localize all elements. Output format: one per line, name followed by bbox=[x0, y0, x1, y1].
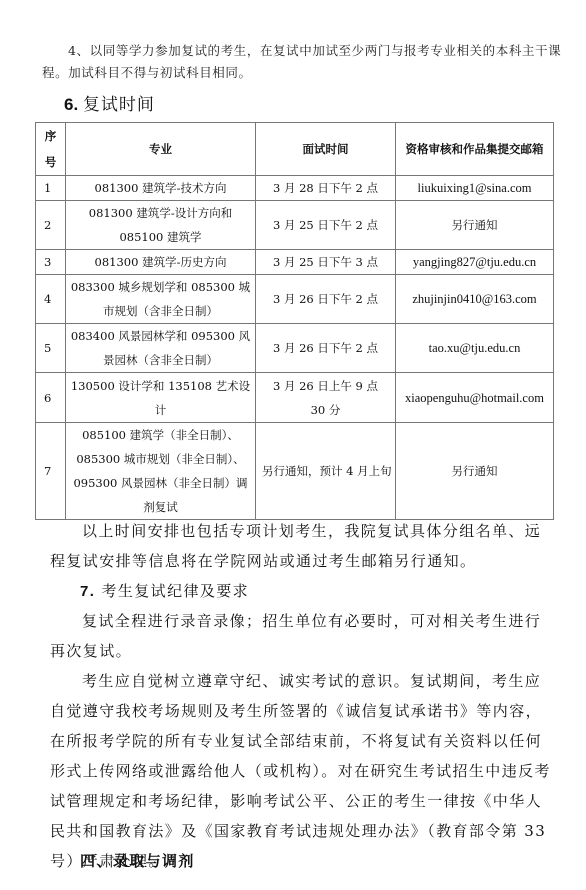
row-major: 081300 建筑学-技术方向 bbox=[66, 176, 256, 201]
row-major: 081300 建筑学-历史方向 bbox=[66, 250, 256, 275]
row-time: 3 月 25 日下午 2 点 bbox=[256, 201, 396, 250]
schedule-note: 以上时间安排也包括专项计划考生，我院复试具体分组名单、远程复试安排等信息将在学院… bbox=[50, 516, 555, 576]
section-7-title: 考生复试纪律及要求 bbox=[101, 582, 249, 600]
row-major: 085100 建筑学（非全日制）、085300 城市规划（非全日制）、09530… bbox=[66, 423, 256, 520]
header-major: 专业 bbox=[66, 123, 256, 176]
row-time: 另行通知，预计 4 月上旬 bbox=[256, 423, 396, 520]
table-row: 6 130500 设计学和 135108 艺术设计 3 月 26 日上午 9 点… bbox=[36, 373, 554, 423]
row-index: 2 bbox=[36, 201, 66, 250]
header-interview-time: 面试时间 bbox=[256, 123, 396, 176]
row-email: yangjing827@tju.edu.cn bbox=[396, 250, 554, 275]
row-index: 4 bbox=[36, 275, 66, 324]
table-header-row: 序号 专业 面试时间 资格审核和作品集提交邮箱 bbox=[36, 123, 554, 176]
row-major: 083300 城乡规划学和 085300 城市规划（含非全日制） bbox=[66, 275, 256, 324]
row-email: 另行通知 bbox=[396, 201, 554, 250]
table-row: 3 081300 建筑学-历史方向 3 月 25 日下午 3 点 yangjin… bbox=[36, 250, 554, 275]
section-6-title: 复试时间 bbox=[83, 95, 155, 115]
intro-paragraph: 4、以同等学力参加复试的考生，在复试中加试至少两门与报考专业相关的本科主干课程。… bbox=[42, 40, 562, 84]
row-email: xiaopenguhu@hotmail.com bbox=[396, 373, 554, 423]
section-7-heading: 7. 考生复试纪律及要求 bbox=[80, 576, 249, 607]
row-time: 3 月 25 日下午 3 点 bbox=[256, 250, 396, 275]
row-index: 1 bbox=[36, 176, 66, 201]
row-index: 3 bbox=[36, 250, 66, 275]
row-major: 130500 设计学和 135108 艺术设计 bbox=[66, 373, 256, 423]
row-time: 3 月 26 日下午 2 点 bbox=[256, 324, 396, 373]
section-7-number: 7. bbox=[80, 583, 95, 600]
table-row: 4 083300 城乡规划学和 085300 城市规划（含非全日制） 3 月 2… bbox=[36, 275, 554, 324]
row-email: zhujinjin0410@163.com bbox=[396, 275, 554, 324]
row-index: 6 bbox=[36, 373, 66, 423]
row-time: 3 月 26 日上午 9 点 30 分 bbox=[256, 373, 396, 423]
section-6-heading: 6. 复试时间 bbox=[64, 94, 155, 116]
row-major: 081300 建筑学-设计方向和 085100 建筑学 bbox=[66, 201, 256, 250]
row-index: 5 bbox=[36, 324, 66, 373]
section-7-paragraph-1: 复试全程进行录音录像；招生单位有必要时，可对相关考生进行再次复试。 bbox=[50, 606, 555, 666]
table-row: 1 081300 建筑学-技术方向 3 月 28 日下午 2 点 liukuix… bbox=[36, 176, 554, 201]
header-index: 序号 bbox=[36, 123, 66, 176]
row-index: 7 bbox=[36, 423, 66, 520]
table-row: 2 081300 建筑学-设计方向和 085100 建筑学 3 月 25 日下午… bbox=[36, 201, 554, 250]
section-4-heading: 四、录取与调剂 bbox=[80, 846, 195, 876]
row-email: liukuixing1@sina.com bbox=[396, 176, 554, 201]
header-email: 资格审核和作品集提交邮箱 bbox=[396, 123, 554, 176]
section-6-number: 6. bbox=[64, 95, 78, 114]
row-time: 3 月 26 日下午 2 点 bbox=[256, 275, 396, 324]
row-email: 另行通知 bbox=[396, 423, 554, 520]
table-row: 7 085100 建筑学（非全日制）、085300 城市规划（非全日制）、095… bbox=[36, 423, 554, 520]
table-row: 5 083400 风景园林学和 095300 风景园林（含非全日制） 3 月 2… bbox=[36, 324, 554, 373]
row-time: 3 月 28 日下午 2 点 bbox=[256, 176, 396, 201]
intro-text: 4、以同等学力参加复试的考生，在复试中加试至少两门与报考专业相关的本科主干课程。… bbox=[42, 40, 562, 84]
interview-schedule-table: 序号 专业 面试时间 资格审核和作品集提交邮箱 1 081300 建筑学-技术方… bbox=[35, 122, 554, 520]
row-major: 083400 风景园林学和 095300 风景园林（含非全日制） bbox=[66, 324, 256, 373]
row-email: tao.xu@tju.edu.cn bbox=[396, 324, 554, 373]
section-7-paragraph-2: 考生应自觉树立遵章守纪、诚实考试的意识。复试期间，考生应自觉遵守我校考场规则及考… bbox=[50, 666, 555, 876]
